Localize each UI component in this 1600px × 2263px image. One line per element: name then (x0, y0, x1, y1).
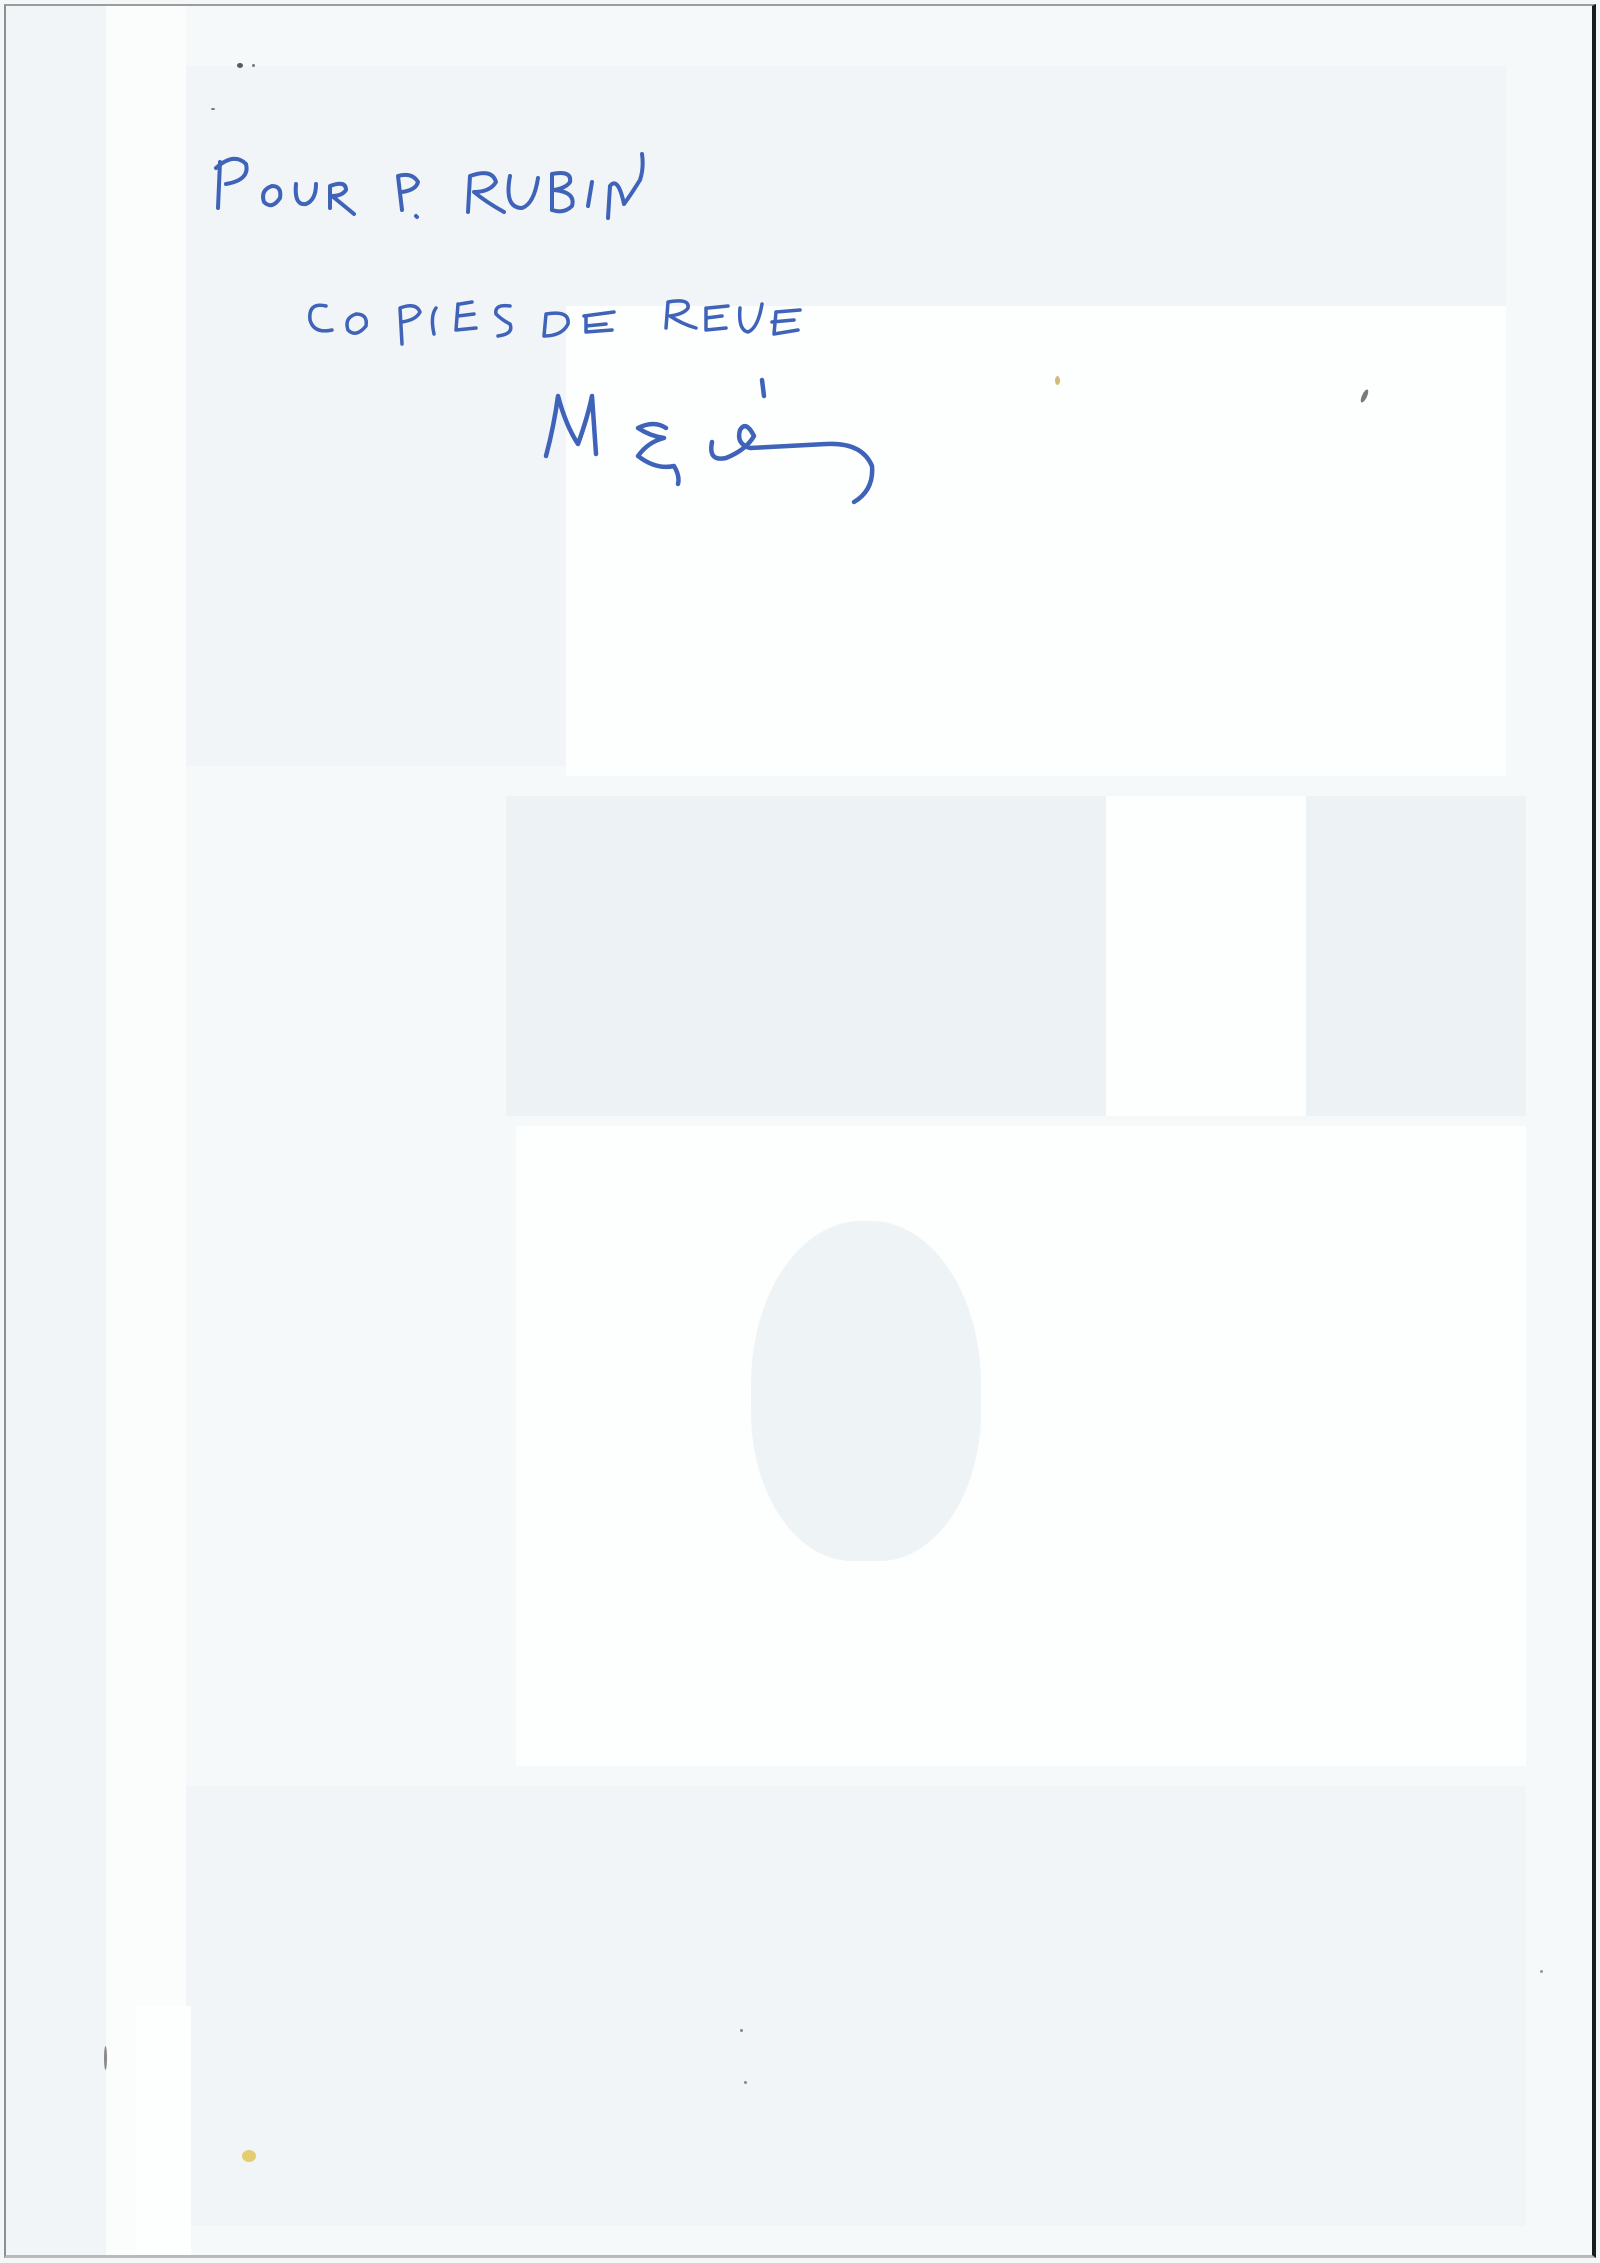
handwriting-subject-strokes (296, 286, 816, 356)
scan-background: POUR P. RUBIN (0, 0, 1600, 2263)
scan-speck (740, 2029, 743, 2032)
bleed-portrait (751, 1221, 981, 1561)
handwriting-recipient-strokes (206, 146, 646, 226)
signature-strokes (536, 366, 896, 506)
bleed-block-middle (506, 796, 1526, 1116)
scan-speck (211, 108, 215, 110)
stain-mark (1055, 376, 1060, 385)
bleed-column-gap (106, 6, 186, 2258)
bleed-margin (6, 6, 106, 2258)
stain-mark (242, 2150, 256, 2162)
scan-speck (237, 63, 243, 68)
bleed-block-bottom (186, 1786, 1526, 2226)
scan-speck (744, 2081, 747, 2084)
paper-sheet: POUR P. RUBIN (4, 4, 1596, 2258)
bleed-block-middle-gap (1106, 796, 1306, 1116)
scan-smudge (104, 2046, 107, 2070)
scan-speck (252, 64, 255, 67)
scan-speck (1540, 1970, 1543, 1973)
bleed-bottom-strip (136, 2006, 191, 2256)
bleed-block-lower-white (516, 1126, 1526, 1766)
